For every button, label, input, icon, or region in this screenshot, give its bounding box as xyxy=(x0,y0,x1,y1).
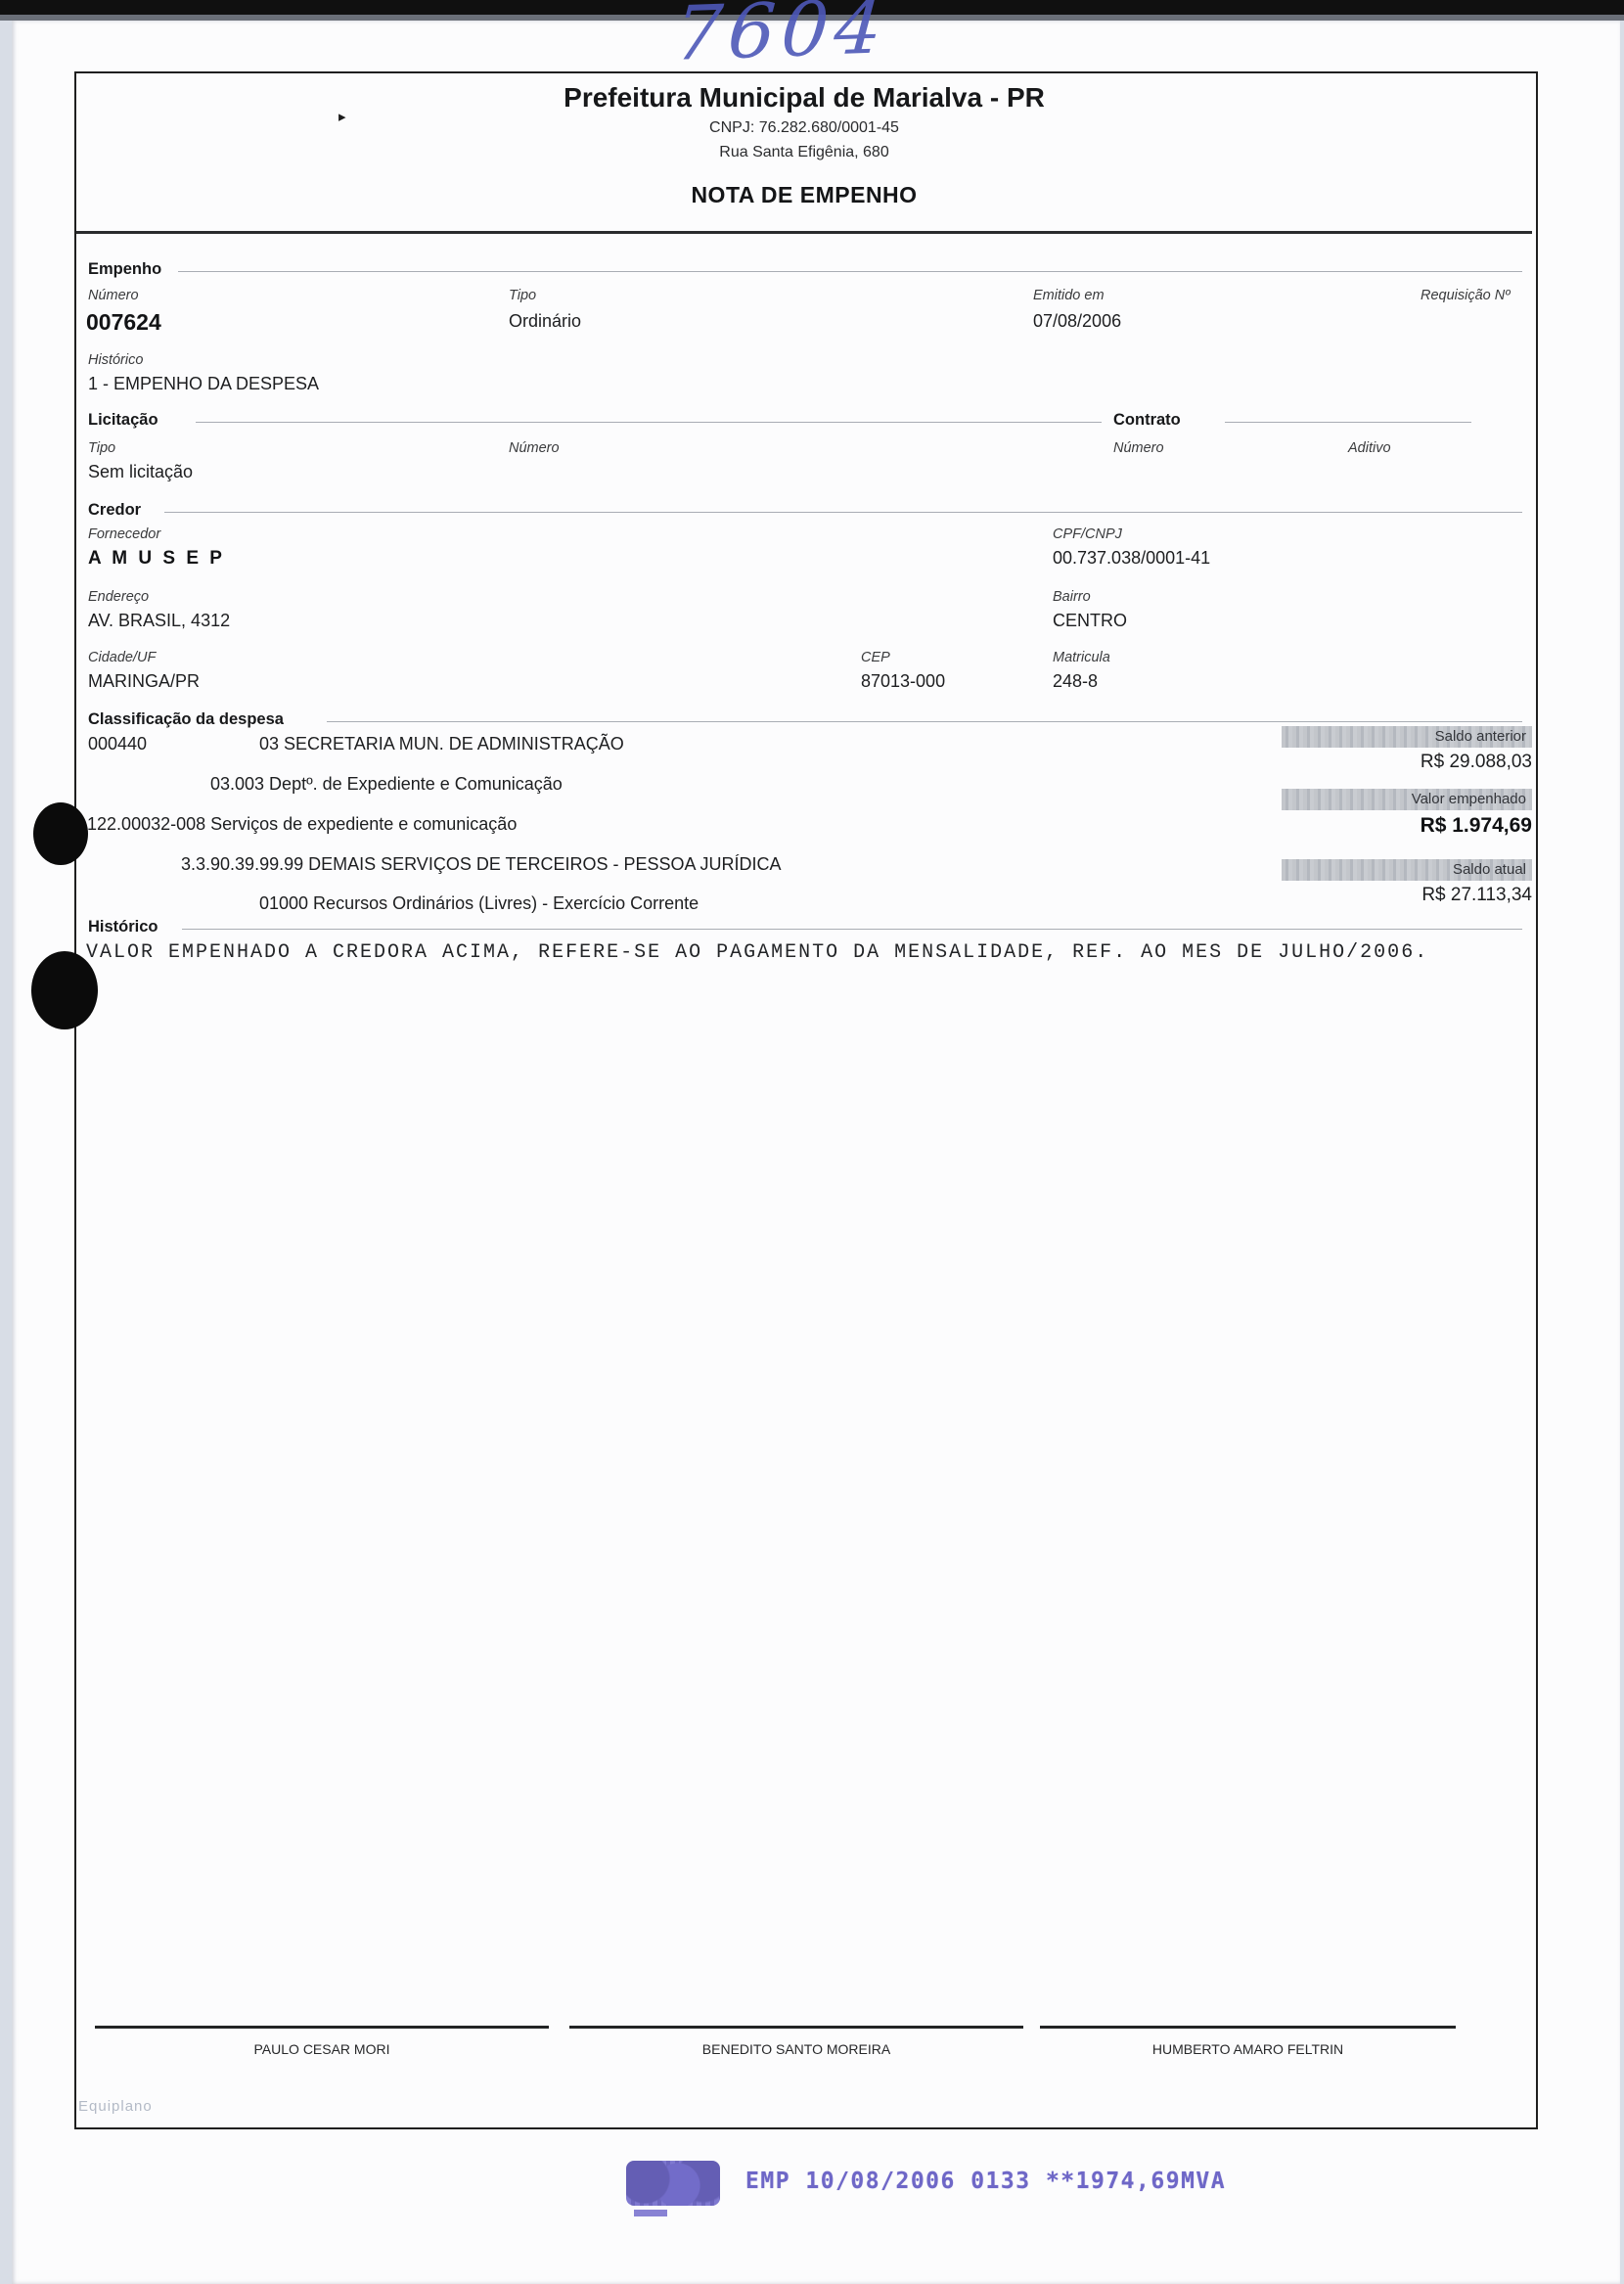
emitido-label: Emitido em xyxy=(1033,288,1105,303)
header-separator xyxy=(76,231,1532,234)
section-licitacao: Licitação xyxy=(88,411,158,430)
equiplano-watermark: Equiplano xyxy=(78,2098,153,2115)
credor-bairro: CENTRO xyxy=(1053,611,1127,631)
section-classificacao: Classificação da despesa xyxy=(88,710,284,729)
numero-label: Número xyxy=(88,288,139,303)
signature-name-3: HUMBERTO AMARO FELTRIN xyxy=(1040,2041,1456,2057)
empenho-historico: 1 - EMPENHO DA DESPESA xyxy=(88,374,319,394)
contrato-numero-label: Número xyxy=(1113,440,1164,456)
credor-cidade-uf: MARINGA/PR xyxy=(88,671,200,692)
ink-speck: ▸ xyxy=(338,108,346,125)
signature-name-2: BENEDITO SANTO MOREIRA xyxy=(569,2041,1023,2057)
signature-line-3 xyxy=(1040,2026,1456,2029)
tipo-label: Tipo xyxy=(509,288,536,303)
section-empenho-rule xyxy=(178,271,1522,272)
scanned-page: 7604 Prefeitura Municipal de Marialva - … xyxy=(0,0,1624,2284)
stamp-logo-blob xyxy=(626,2161,720,2206)
credor-cep: 87013-000 xyxy=(861,671,945,692)
stamp-logo-underline xyxy=(634,2210,667,2216)
page-title: Prefeitura Municipal de Marialva - PR xyxy=(74,82,1534,114)
classificacao-linha1: 03 SECRETARIA MUN. DE ADMINISTRAÇÃO xyxy=(259,734,624,754)
cep-label: CEP xyxy=(861,650,890,665)
endereco-label: Endereço xyxy=(88,589,149,605)
contrato-aditivo-label: Aditivo xyxy=(1348,440,1391,456)
classificacao-linha4: 3.3.90.39.99.99 DEMAIS SERVIÇOS DE TERCE… xyxy=(181,854,782,875)
signature-name-1: PAULO CESAR MORI xyxy=(95,2041,549,2057)
credor-cpf-cnpj: 00.737.038/0001-41 xyxy=(1053,548,1210,569)
section-credor: Credor xyxy=(88,501,141,520)
requisicao-label: Requisição Nº xyxy=(1421,288,1511,303)
empenho-tipo: Ordinário xyxy=(509,311,581,332)
header-cnpj: CNPJ: 76.282.680/0001-45 xyxy=(74,119,1534,137)
licitacao-tipo-label: Tipo xyxy=(88,440,115,456)
licitacao-tipo: Sem licitação xyxy=(88,462,193,482)
valor-empenhado-bar: Valor empenhado xyxy=(1282,789,1532,810)
empenho-historico-label: Histórico xyxy=(88,352,143,368)
classificacao-linha3: 04.122.00032-008 Serviços de expediente … xyxy=(63,814,517,835)
saldo-atual-valor: R$ 27.113,34 xyxy=(1282,885,1532,906)
hole-punch-bottom xyxy=(31,951,98,1029)
credor-endereco: AV. BRASIL, 4312 xyxy=(88,611,230,631)
empenho-numero: 007624 xyxy=(86,309,161,336)
cpf-cnpj-label: CPF/CNPJ xyxy=(1053,526,1122,542)
validation-stamp-text: EMP 10/08/2006 0133 **1974,69MVA xyxy=(745,2169,1226,2194)
saldo-anterior-bar: Saldo anterior xyxy=(1282,726,1532,748)
historico-texto: VALOR EMPENHADO A CREDORA ACIMA, REFERE-… xyxy=(86,941,1428,964)
hole-punch-top xyxy=(33,802,88,865)
licitacao-numero-label: Número xyxy=(509,440,560,456)
bairro-label: Bairro xyxy=(1053,589,1091,605)
classificacao-linha5: 01000 Recursos Ordinários (Livres) - Exe… xyxy=(259,893,699,914)
section-historico: Histórico xyxy=(88,918,158,936)
saldo-atual-bar: Saldo atual xyxy=(1282,859,1532,881)
handwritten-number: 7604 xyxy=(672,0,891,77)
credor-fornecedor: A M U S E P xyxy=(88,548,225,570)
empenho-emitido: 07/08/2006 xyxy=(1033,311,1121,332)
section-contrato: Contrato xyxy=(1113,411,1181,430)
section-classificacao-rule xyxy=(327,721,1522,722)
cidade-uf-label: Cidade/UF xyxy=(88,650,156,665)
saldo-anterior-valor: R$ 29.088,03 xyxy=(1282,752,1532,773)
classificacao-linha2: 03.003 Deptº. de Expediente e Comunicaçã… xyxy=(210,774,563,795)
document-type-title: NOTA DE EMPENHO xyxy=(74,182,1534,208)
fornecedor-label: Fornecedor xyxy=(88,526,160,542)
credor-matricula: 248-8 xyxy=(1053,671,1098,692)
signature-line-1 xyxy=(95,2026,549,2029)
matricula-label: Matricula xyxy=(1053,650,1110,665)
section-contrato-rule xyxy=(1225,422,1471,423)
section-licitacao-rule xyxy=(196,422,1102,423)
section-empenho: Empenho xyxy=(88,260,161,279)
signature-line-2 xyxy=(569,2026,1023,2029)
section-historico-rule xyxy=(182,929,1522,930)
header-address: Rua Santa Efigênia, 680 xyxy=(74,144,1534,161)
classificacao-codigo: 000440 xyxy=(88,734,147,754)
section-credor-rule xyxy=(164,512,1522,513)
valor-empenhado-valor: R$ 1.974,69 xyxy=(1282,814,1532,838)
